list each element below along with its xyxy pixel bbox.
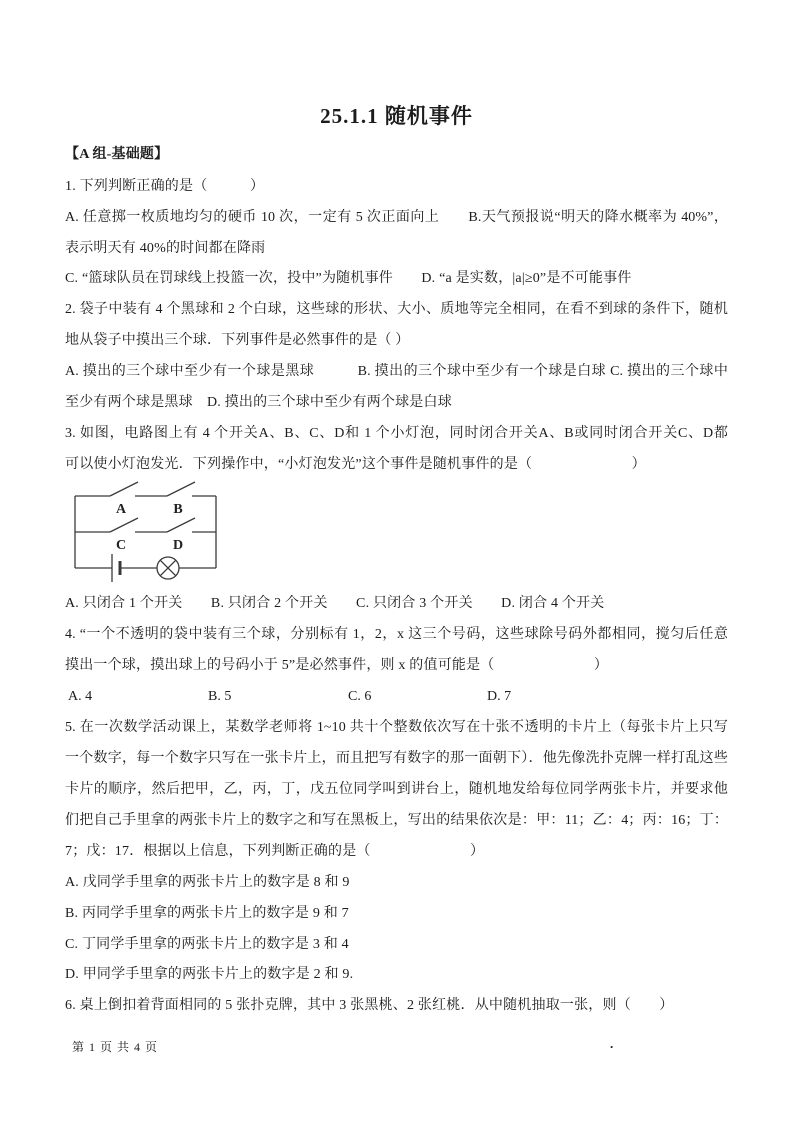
q5-option-b: B. 丙同学手里拿的两张卡片上的数字是 9 和 7 (65, 903, 349, 924)
section-heading: 【A 组-基础题】 (65, 144, 168, 165)
switch-d-blade-icon (167, 518, 195, 532)
q4-option-c: C. 6 (348, 686, 371, 707)
q5-option-c: C. 丁同学手里拿的两张卡片上的数字是 3 和 4 (65, 934, 349, 955)
q4-option-d: D. 7 (487, 686, 511, 707)
q5-stem-line2: 一个数字，每一个数字只写在一张卡片上，而且把写有数字的那一面朝下）．他先像洗扑克… (65, 748, 728, 769)
q3-options-line: A. 只闭合 1 个开关 B. 只闭合 2 个开关 C. 只闭合 3 个开关 D… (65, 593, 605, 614)
switch-b-blade-icon (167, 482, 195, 496)
switch-label-a: A (116, 502, 127, 517)
q2-options-line1: A. 摸出的三个球中至少有一个球是黑球 B. 摸出的三个球中至少有一个球是白球 … (65, 361, 728, 382)
switch-label-d: D (173, 538, 183, 553)
q2-options-line2: 至少有两个球是黑球 D. 摸出的三个球中至少有两个球是白球 (65, 392, 452, 413)
q2-stem-line2: 地从袋子中摸出三个球．下列事件是必然事件的是（ ） (65, 330, 410, 351)
q5-stem-line1: 5. 在一次数学活动课上，某数学老师将 1~10 共十个整数依次写在十张不透明的… (65, 717, 728, 738)
q1-options-ab: A. 任意掷一枚质地均匀的硬币 10 次，一定有 5 次正面向上 B.天气预报说… (65, 207, 728, 228)
switch-a-blade-icon (110, 482, 138, 496)
q2-stem-line1: 2. 袋子中装有 4 个黑球和 2 个白球，这些球的形状、大小、质地等完全相同，… (65, 299, 728, 320)
q4-stem-line1: 4. “一个不透明的袋中装有三个球，分别标有 1，2，x 这三个号码，这些球除号… (65, 624, 728, 645)
q3-stem-line2: 可以使小灯泡发光．下列操作中，“小灯泡发光”这个事件是随机事件的是（ ） (65, 454, 646, 475)
circuit-diagram: A B C D (68, 478, 224, 586)
switch-label-b: B (173, 502, 182, 517)
q6-stem: 6. 桌上倒扣着背面相同的 5 张扑克牌，其中 3 张黑桃、2 张红桃．从中随机… (65, 995, 674, 1016)
q1-option-b-continuation: 表示明天有 40%的时间都在降雨 (65, 238, 265, 259)
q5-option-d: D. 甲同学手里拿的两张卡片上的数字是 2 和 9. (65, 964, 353, 985)
q5-stem-line4: 们把自己手里拿的两张卡片上的数字之和写在黑板上，写出的结果依次是：甲：11；乙：… (65, 810, 728, 831)
q5-stem-line3: 卡片的顺序，然后把甲，乙，丙，丁，戊五位同学叫到讲台上，随机地发给每位同学两张卡… (65, 779, 728, 800)
stray-period: . (610, 1036, 613, 1052)
switch-label-c: C (116, 538, 126, 553)
switch-c-blade-icon (110, 518, 138, 532)
q4-stem-line2: 摸出一个球，摸出球上的号码小于 5”是必然事件，则 x 的值可能是（ ） (65, 655, 608, 676)
page-footer: 第 1 页 共 4 页 (72, 1038, 158, 1055)
q5-option-a: A. 戊同学手里拿的两张卡片上的数字是 8 和 9 (65, 872, 350, 893)
q4-option-a: A. 4 (68, 686, 92, 707)
q4-option-b: B. 5 (208, 686, 231, 707)
q5-stem-line5: 7；戊：17．根据以上信息，下列判断正确的是（ ） (65, 841, 484, 862)
q3-stem-line1: 3. 如图，电路图上有 4 个开关A、B、C、D和 1 个小灯泡，同时闭合开关A… (65, 423, 728, 444)
page-title: 25.1.1 随机事件 (0, 100, 793, 130)
q1-stem: 1. 下列判断正确的是（ ） (65, 176, 264, 197)
q1-options-cd: C. “篮球队员在罚球线上投篮一次，投中”为随机事件 D. “a 是实数，|a|… (65, 268, 632, 289)
worksheet-page: 25.1.1 随机事件 【A 组-基础题】 1. 下列判断正确的是（ ） A. … (0, 0, 793, 1122)
